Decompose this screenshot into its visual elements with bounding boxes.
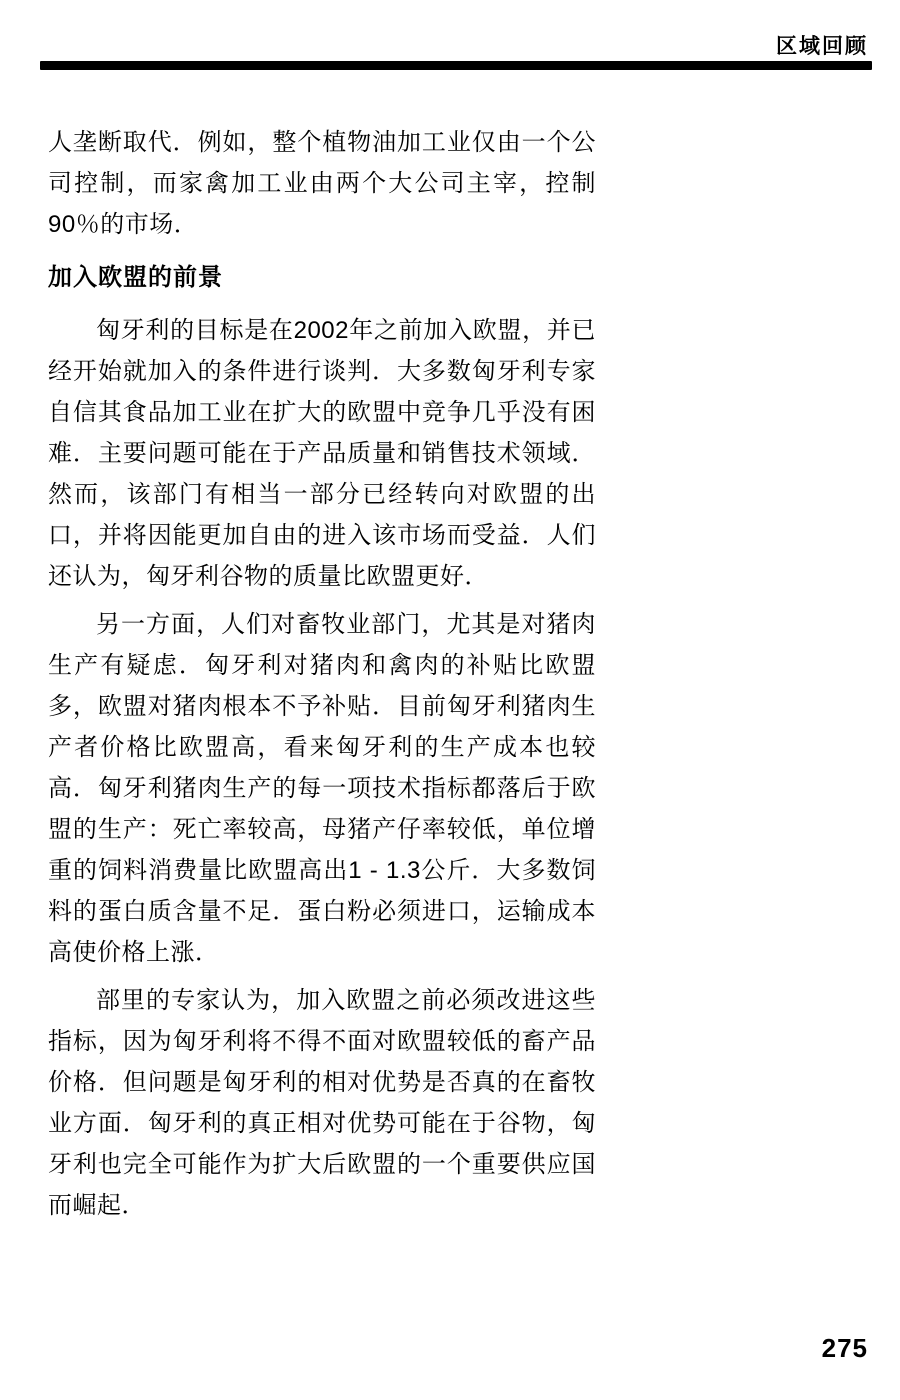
paragraph-livestock-concerns: 另一方面，人们对畜牧业部门，尤其是对猪肉生产有疑虑．匈牙利对猪肉和禽肉的补贴比欧… xyxy=(48,604,596,973)
paragraph-expert-conclusion: 部里的专家认为，加入欧盟之前必须改进这些指标，因为匈牙利将不得不面对欧盟较低的畜… xyxy=(48,980,596,1226)
page-number: 275 xyxy=(822,1333,868,1364)
body-text: 人垄断取代．例如，整个植物油加工业仅由一个公司控制，而家禽加工业由两个大公司主宰… xyxy=(48,122,596,1233)
paragraph-intro: 人垄断取代．例如，整个植物油加工业仅由一个公司控制，而家禽加工业由两个大公司主宰… xyxy=(48,122,596,245)
section-heading: 加入欧盟的前景 xyxy=(48,257,596,298)
paragraph-eu-accession: 匈牙利的目标是在2002年之前加入欧盟，并已经开始就加入的条件进行谈判．大多数匈… xyxy=(48,310,596,597)
document-page: 区域回顾 人垄断取代．例如，整个植物油加工业仅由一个公司控制，而家禽加工业由两个… xyxy=(0,0,900,1400)
header-rule xyxy=(40,61,872,70)
running-header: 区域回顾 xyxy=(776,30,868,60)
